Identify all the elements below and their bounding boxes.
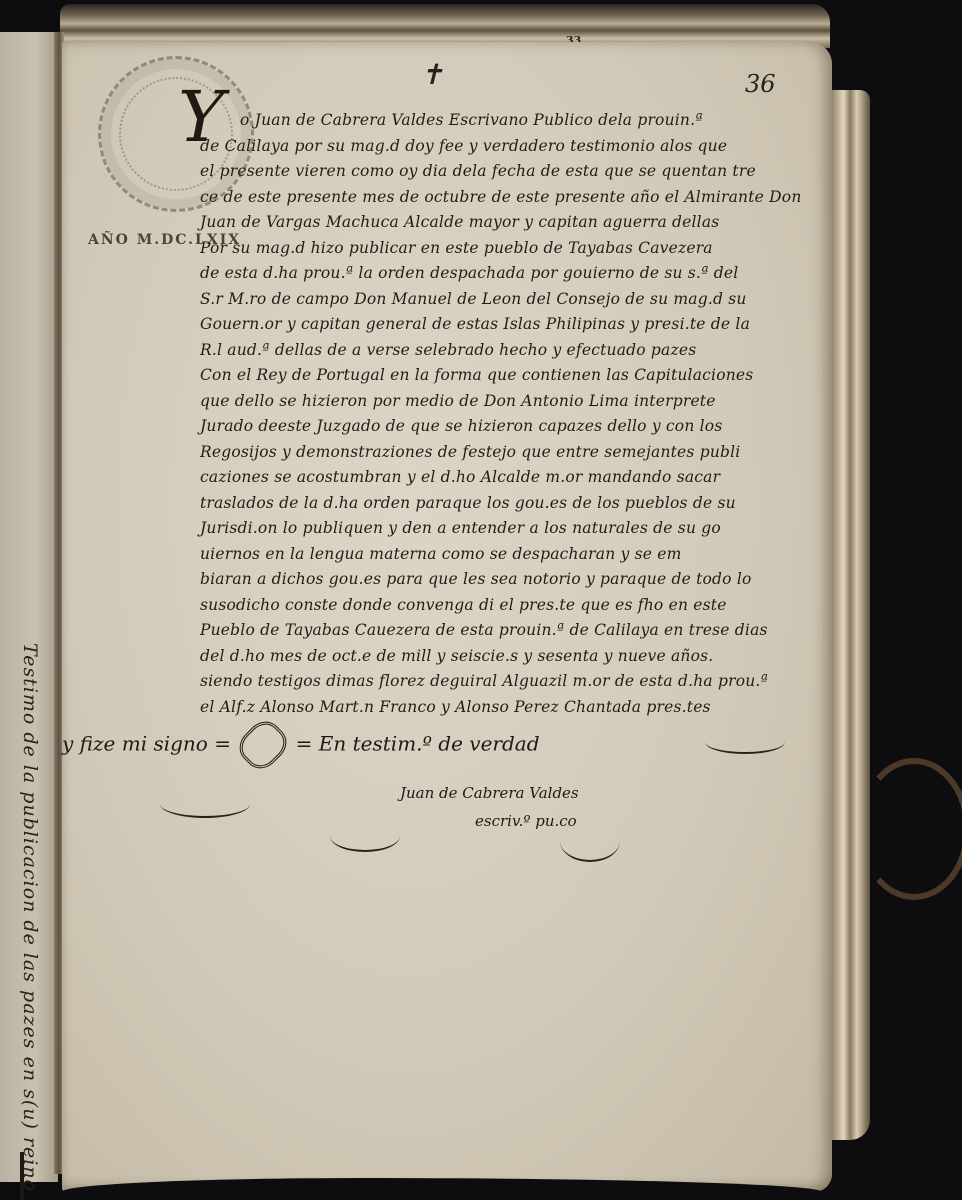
text-line: Gouern.or y capitan general de estas Isl… [200,312,820,338]
notarial-sign-icon [233,715,294,776]
folio-number: 36 [745,70,776,98]
rubric-flourish-icon [705,730,785,754]
margin-note: Testimo de la publicacion de las pazes e… [19,643,41,1200]
manuscript-photo: 33 Testimo de la publicacion de las paze… [0,0,962,1200]
cross-mark-icon: ✝ [420,58,443,91]
en-testimonio-text: = En testim.º de verdad [296,732,540,756]
text-line: Regosijos y demonstraziones de festejo q… [200,440,820,466]
text-line: Jurado deeste Juzgado de que se hizieron… [200,414,820,440]
fore-edge-stack [826,90,870,1140]
text-line: de Calilaya por su mag.d doy fee y verda… [200,134,820,160]
text-line: el Alf.z Alonso Mart.n Franco y Alonso P… [200,695,820,721]
text-line: Jurisdi.on lo publiquen y den a entender… [200,516,820,542]
notarial-sign-row: y fize mi signo = = En testim.º de verda… [62,722,540,768]
text-line: biaran a dichos gou.es para que les sea … [200,567,820,593]
text-line: del d.ho mes de oct.e de mill y seiscie.… [200,644,820,670]
margin-note-flourish [20,1152,24,1200]
leather-loop [858,758,962,900]
text-line: ce de este presente mes de octubre de es… [200,185,820,211]
text-line: de esta d.ha prou.ª la orden despachada … [200,261,820,287]
text-line: Pueblo de Tayabas Cauezera de esta proui… [200,618,820,644]
notary-signature-title: escriv.º pu.co [475,812,577,830]
text-line: siendo testigos dimas florez deguiral Al… [200,669,820,695]
text-line: que dello se hizieron por medio de Don A… [200,389,820,415]
text-line: S.r M.ro de campo Don Manuel de Leon del… [200,287,820,313]
text-line: susodicho conste donde convenga di el pr… [200,593,820,619]
manuscript-body: o Juan de Cabrera Valdes Escrivano Publi… [200,108,820,720]
text-line: uiernos en la lengua materna como se des… [200,542,820,568]
text-line: caziones se acostumbran y el d.ho Alcald… [200,465,820,491]
text-line: traslados de la d.ha orden paraque los g… [200,491,820,517]
text-line: Por su mag.d hizo publicar en este puebl… [200,236,820,262]
text-line: Con el Rey de Portugal en la forma que c… [200,363,820,389]
text-line: Juan de Vargas Machuca Alcalde mayor y c… [200,210,820,236]
verso-page-strip: Testimo de la publicacion de las pazes e… [0,32,58,1188]
rubric-flourish-icon [330,820,400,852]
text-line: el presente vieren como oy dia dela fech… [200,159,820,185]
fize-mi-signo-text: y fize mi signo = [62,732,231,756]
text-line: o Juan de Cabrera Valdes Escrivano Publi… [200,108,820,134]
notary-signature-name: Juan de Cabrera Valdes [400,784,579,802]
text-line: R.l aud.ª dellas de a verse selebrado he… [200,338,820,364]
rubric-flourish-icon [160,790,250,818]
